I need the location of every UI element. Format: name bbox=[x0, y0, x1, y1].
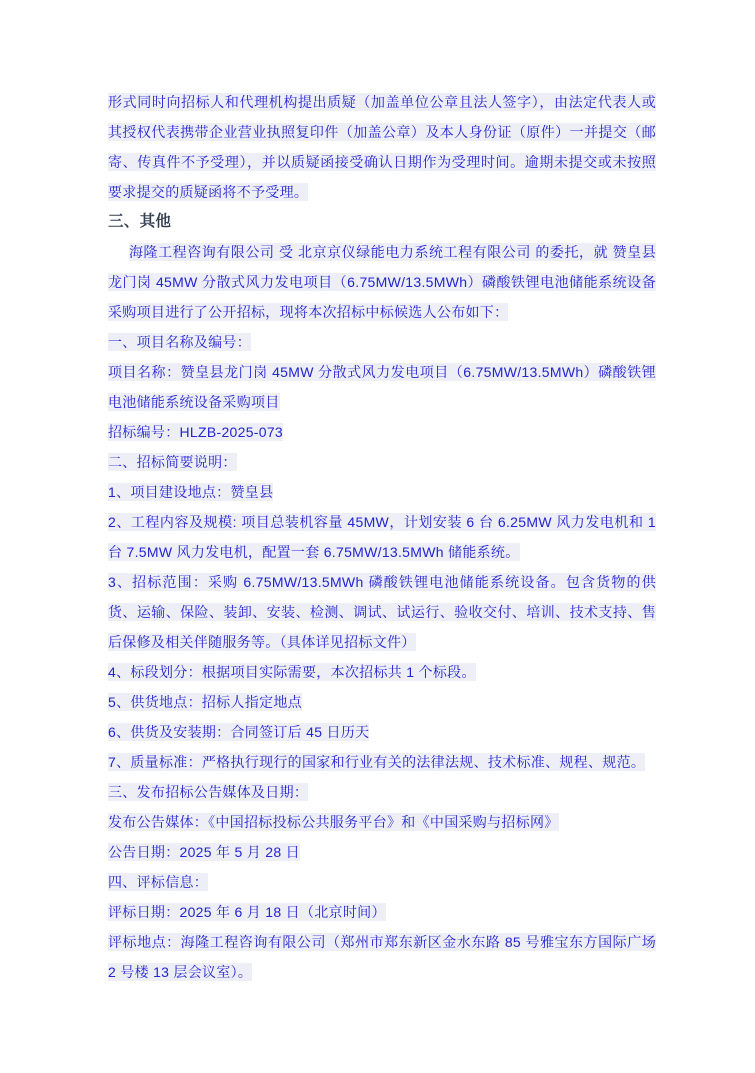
line-tender-scope: 3、招标范围：采购 6.75MW/13.5MWh 磷酸铁锂电池储能系统设备。包含… bbox=[108, 567, 656, 657]
line-lot-division: 4、标段划分：根据项目实际需要，本次招标共 1 个标段。 bbox=[108, 657, 656, 687]
heading-announcement-media-date-text: 三、发布招标公告媒体及日期： bbox=[108, 783, 308, 801]
line-project-location-text: 1、项目建设地点：赞皇县 bbox=[108, 483, 273, 501]
line-tender-number-text: 招标编号：HLZB-2025-073 bbox=[108, 423, 283, 441]
line-delivery-location-text: 5、供货地点：招标人指定地点 bbox=[108, 693, 302, 711]
line-evaluation-date: 评标日期：2025 年 6 月 18 日（北京时间） bbox=[108, 897, 656, 927]
para-quality-objection: 形式同时向招标人和代理机构提出质疑（加盖单位公章且法人签字），由法定代表人或其授… bbox=[108, 87, 656, 207]
line-delivery-period-text: 6、供货及安装期：合同签订后 45 日历天 bbox=[108, 723, 369, 741]
heading-project-name-number: 一、项目名称及编号： bbox=[108, 327, 656, 357]
heading-evaluation-info-text: 四、评标信息： bbox=[108, 873, 208, 891]
heading-section-other: 三、其他 bbox=[108, 207, 656, 237]
para-tender-intro-text: 海隆工程咨询有限公司 受 北京京仪绿能电力系统工程有限公司 的委托，就 赞皇县龙… bbox=[108, 243, 656, 321]
heading-section-other-text: 三、其他 bbox=[108, 212, 171, 231]
para-quality-objection-text: 形式同时向招标人和代理机构提出质疑（加盖单位公章且法人签字），由法定代表人或其授… bbox=[108, 93, 656, 201]
line-tender-scope-text: 3、招标范围：采购 6.75MW/13.5MWh 磷酸铁锂电池储能系统设备。包含… bbox=[108, 573, 656, 651]
heading-brief-description: 二、招标简要说明： bbox=[108, 447, 656, 477]
line-project-name-text: 项目名称：赞皇县龙门岗 45MW 分散式风力发电项目（6.75MW/13.5MW… bbox=[108, 363, 656, 411]
line-announcement-media-text: 发布公告媒体：《中国招标投标公共服务平台》和《中国采购与招标网》 bbox=[108, 813, 559, 831]
line-delivery-period: 6、供货及安装期：合同签订后 45 日历天 bbox=[108, 717, 656, 747]
heading-announcement-media-date: 三、发布招标公告媒体及日期： bbox=[108, 777, 656, 807]
heading-evaluation-info: 四、评标信息： bbox=[108, 867, 656, 897]
line-project-name: 项目名称：赞皇县龙门岗 45MW 分散式风力发电项目（6.75MW/13.5MW… bbox=[108, 357, 656, 417]
line-evaluation-date-text: 评标日期：2025 年 6 月 18 日（北京时间） bbox=[108, 903, 386, 921]
line-tender-number: 招标编号：HLZB-2025-073 bbox=[108, 417, 656, 447]
line-project-location: 1、项目建设地点：赞皇县 bbox=[108, 477, 656, 507]
document-body: 形式同时向招标人和代理机构提出质疑（加盖单位公章且法人签字），由法定代表人或其授… bbox=[108, 87, 656, 987]
document-page: 形式同时向招标人和代理机构提出质疑（加盖单位公章且法人签字），由法定代表人或其授… bbox=[0, 0, 755, 1073]
line-delivery-location: 5、供货地点：招标人指定地点 bbox=[108, 687, 656, 717]
line-announcement-date-text: 公告日期：2025 年 5 月 28 日 bbox=[108, 843, 300, 861]
line-announcement-media: 发布公告媒体：《中国招标投标公共服务平台》和《中国采购与招标网》 bbox=[108, 807, 656, 837]
para-tender-intro: 海隆工程咨询有限公司 受 北京京仪绿能电力系统工程有限公司 的委托，就 赞皇县龙… bbox=[108, 237, 656, 327]
line-evaluation-location: 评标地点：海隆工程咨询有限公司（郑州市郑东新区金水东路 85 号雅宝东方国际广场… bbox=[108, 927, 656, 987]
line-evaluation-location-text: 评标地点：海隆工程咨询有限公司（郑州市郑东新区金水东路 85 号雅宝东方国际广场… bbox=[108, 933, 656, 981]
heading-project-name-number-text: 一、项目名称及编号： bbox=[108, 333, 251, 351]
heading-brief-description-text: 二、招标简要说明： bbox=[108, 453, 237, 471]
line-quality-standard: 7、质量标准：严格执行现行的国家和行业有关的法律法规、技术标准、规程、规范。 bbox=[108, 747, 656, 777]
line-announcement-date: 公告日期：2025 年 5 月 28 日 bbox=[108, 837, 656, 867]
line-project-scope-text: 2、工程内容及规模: 项目总装机容量 45MW，计划安装 6 台 6.25MW … bbox=[108, 513, 656, 561]
line-project-scope: 2、工程内容及规模: 项目总装机容量 45MW，计划安装 6 台 6.25MW … bbox=[108, 507, 656, 567]
line-lot-division-text: 4、标段划分：根据项目实际需要，本次招标共 1 个标段。 bbox=[108, 663, 476, 681]
line-quality-standard-text: 7、质量标准：严格执行现行的国家和行业有关的法律法规、技术标准、规程、规范。 bbox=[108, 753, 645, 771]
